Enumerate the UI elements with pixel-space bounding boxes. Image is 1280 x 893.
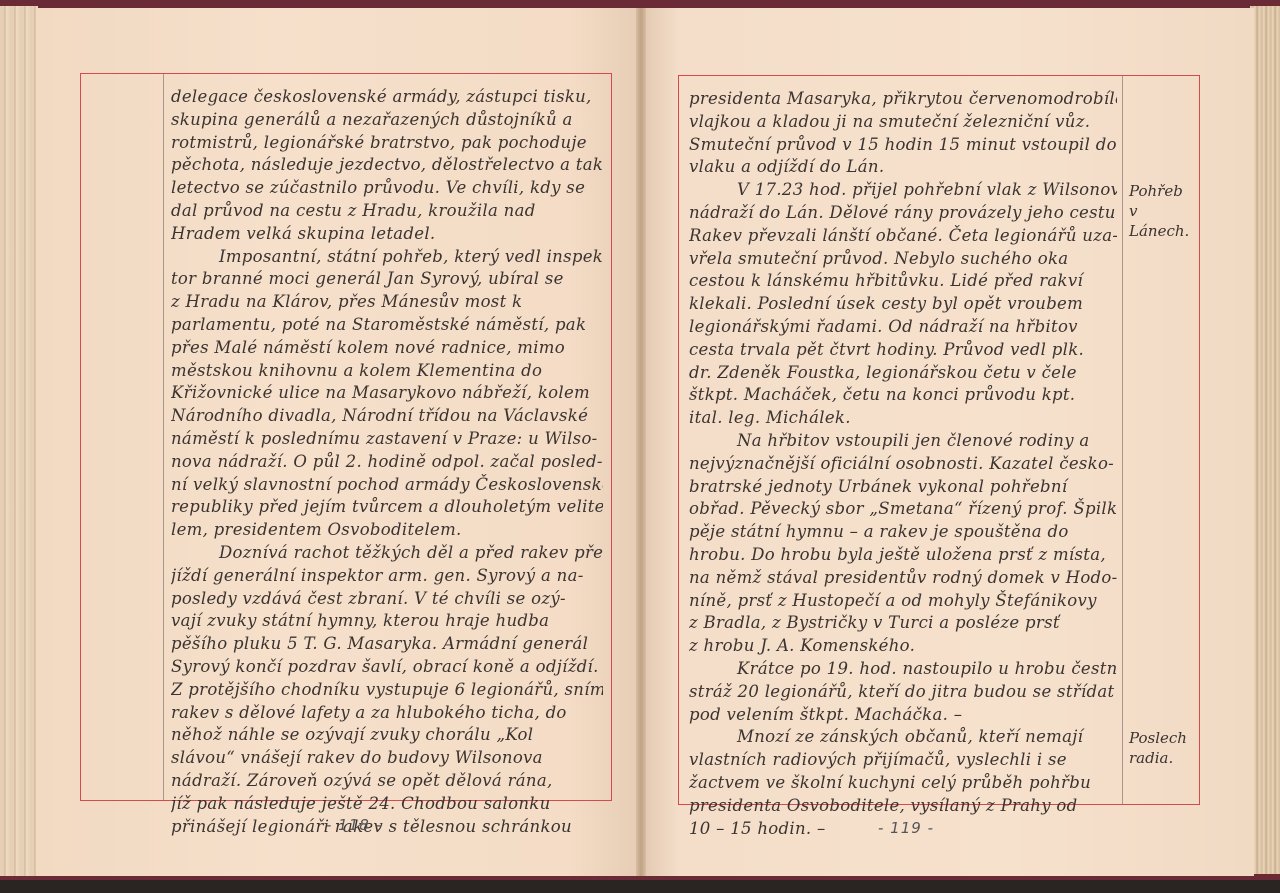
handwritten-line: Doznívá rachot těžkých děl a před rakev … bbox=[171, 542, 603, 565]
handwritten-line: pěšího pluku 5 T. G. Masaryka. Armádní g… bbox=[171, 633, 603, 656]
handwritten-line: Křižovnické ulice na Masarykovo nábřeží,… bbox=[171, 382, 603, 405]
page-stack-left-edge bbox=[0, 6, 38, 876]
handwritten-line: slávou“ vnášejí rakev do budovy Wilsonov… bbox=[171, 747, 603, 770]
margin-note-line: Poslech bbox=[1129, 728, 1199, 748]
handwritten-line: Z protějšího chodníku vystupuje 6 legion… bbox=[171, 679, 603, 702]
handwritten-line: cestou k lánskému hřbitůvku. Lidé před r… bbox=[689, 270, 1117, 293]
handwritten-line: Národního divadla, Národní třídou na Vác… bbox=[171, 405, 603, 428]
handwritten-line: něhož náhle se ozývají zvuky chorálu „Ko… bbox=[171, 724, 603, 747]
handwritten-line: bratrské jednoty Urbánek vykonal pohřebn… bbox=[689, 476, 1117, 499]
left-page-text: delegace československé armády, zástupci… bbox=[171, 86, 603, 838]
handwritten-line: Hradem velká skupina letadel. bbox=[171, 223, 603, 246]
handwritten-line: štkpt. Macháček, četu na konci průvodu k… bbox=[689, 384, 1117, 407]
handwritten-line: níně, prsť z Hustopečí a od mohyly Štefá… bbox=[689, 590, 1117, 613]
handwritten-line: stráž 20 legionářů, kteří do jitra budou… bbox=[689, 681, 1117, 704]
handwritten-line: rakev s dělové lafety a za hlubokého tic… bbox=[171, 702, 603, 725]
handwritten-line: vřela smuteční průvod. Nebylo suchého ok… bbox=[689, 248, 1117, 271]
handwritten-line: přes Malé náměstí kolem nové radnice, mi… bbox=[171, 337, 603, 360]
handwritten-line: Syrový končí pozdrav šavlí, obrací koně … bbox=[171, 656, 603, 679]
handwritten-line: Krátce po 19. hod. nastoupilo u hrobu če… bbox=[689, 658, 1117, 681]
left-page: delegace československé armády, zástupci… bbox=[36, 8, 642, 876]
page-number-118: - 118 - bbox=[326, 816, 382, 834]
handwritten-line: Na hřbitov vstoupili jen členové rodiny … bbox=[689, 430, 1117, 453]
handwritten-line: vlajkou a kladou ji na smuteční železnič… bbox=[689, 111, 1117, 134]
margin-note-line: v Lánech. bbox=[1129, 201, 1199, 241]
handwritten-line: z Hradu na Klárov, přes Mánesův most k bbox=[171, 291, 603, 314]
handwritten-line: nádraží do Lán. Dělové rány provázely je… bbox=[689, 202, 1117, 225]
right-margin-rule bbox=[1122, 76, 1123, 804]
handwritten-line: pod velením štkpt. Macháčka. – bbox=[689, 704, 1117, 727]
margin-note-line: radia. bbox=[1129, 748, 1199, 768]
handwritten-line: na němž stával presidentův rodný domek v… bbox=[689, 567, 1117, 590]
handwritten-line: pěje státní hymnu – a rakev je spouštěna… bbox=[689, 521, 1117, 544]
left-margin-rule bbox=[163, 74, 164, 800]
handwritten-line: ital. leg. Michálek. bbox=[689, 407, 1117, 430]
handwritten-line: nádraží. Zároveň ozývá se opět dělová rá… bbox=[171, 770, 603, 793]
handwritten-line: Rakev převzali lánští občané. Četa legio… bbox=[689, 225, 1117, 248]
handwritten-line: presidenta Osvoboditele, vysílaný z Prah… bbox=[689, 795, 1117, 818]
handwritten-line: klekali. Poslední úsek cesty byl opět vr… bbox=[689, 293, 1117, 316]
right-page: presidenta Masaryka, přikrytou červenomo… bbox=[642, 8, 1254, 876]
handwritten-line: dal průvod na cestu z Hradu, kroužila na… bbox=[171, 200, 603, 223]
handwritten-line: vlastních radiových přijímačů, vyslechli… bbox=[689, 749, 1117, 772]
book-gutter bbox=[636, 8, 646, 876]
handwritten-line: skupina generálů a nezařazených důstojní… bbox=[171, 109, 603, 132]
margin-note-burial-in-lany: Pohřeb v Lánech. bbox=[1129, 181, 1199, 241]
handwritten-line: ní velký slavnostní pochod armády Českos… bbox=[171, 474, 603, 497]
handwritten-line: tor branné moci generál Jan Syrový, ubír… bbox=[171, 268, 603, 291]
handwritten-line: přinášejí legionáři rakev s tělesnou sch… bbox=[171, 816, 603, 839]
handwritten-line: nejvýznačnější oficiální osobnosti. Kaza… bbox=[689, 453, 1117, 476]
handwritten-line: posledy vzdává čest zbraní. V té chvíli … bbox=[171, 588, 603, 611]
handwritten-line: hrobu. Do hrobu byla ještě uložena prsť … bbox=[689, 544, 1117, 567]
handwritten-line: z Bradla, z Bystričky v Turci a posléze … bbox=[689, 612, 1117, 635]
handwritten-line: cesta trvala pět čtvrt hodiny. Průvod ve… bbox=[689, 339, 1117, 362]
handwritten-line: z hrobu J. A. Komenského. bbox=[689, 635, 1117, 658]
handwritten-line: presidenta Masaryka, přikrytou červenomo… bbox=[689, 88, 1117, 111]
handwritten-line: lem, presidentem Osvoboditelem. bbox=[171, 519, 603, 542]
handwritten-line: obřad. Pěvecký sbor „Smetana“ řízený pro… bbox=[689, 498, 1117, 521]
left-page-red-frame: delegace československé armády, zástupci… bbox=[80, 73, 612, 801]
margin-note-radio-listening: Poslech radia. bbox=[1129, 728, 1199, 768]
handwritten-line: rotmistrů, legionářské bratrstvo, pak po… bbox=[171, 132, 603, 155]
handwritten-line: republiky před jejím tvůrcem a dlouholet… bbox=[171, 496, 603, 519]
handwritten-line: letectvo se zúčastnilo průvodu. Ve chvíl… bbox=[171, 177, 603, 200]
handwritten-line: vlaku a odjíždí do Lán. bbox=[689, 156, 1117, 179]
handwritten-line: legionářskými řadami. Od nádraží na hřbi… bbox=[689, 316, 1117, 339]
handwritten-line: městskou knihovnu a kolem Klementina do bbox=[171, 360, 603, 383]
handwritten-line: V 17.23 hod. přijel pohřební vlak z Wils… bbox=[689, 179, 1117, 202]
handwritten-line: Imposantní, státní pohřeb, který vedl in… bbox=[171, 246, 603, 269]
handwritten-line: žactvem ve školní kuchyni celý průběh po… bbox=[689, 772, 1117, 795]
margin-note-line: Pohřeb bbox=[1129, 181, 1199, 201]
handwritten-line: náměstí k poslednímu zastavení v Praze: … bbox=[171, 428, 603, 451]
handwritten-line: Smuteční průvod v 15 hodin 15 minut vsto… bbox=[689, 134, 1117, 157]
handwritten-line: Mnozí ze zánských občanů, kteří nemají bbox=[689, 726, 1117, 749]
handwritten-line: jíž pak následuje ještě 24. Chodbou salo… bbox=[171, 793, 603, 816]
page-stack-right-edge bbox=[1250, 6, 1280, 874]
handwritten-line: pěchota, následuje jezdectvo, dělostřele… bbox=[171, 154, 603, 177]
right-page-red-frame: presidenta Masaryka, přikrytou červenomo… bbox=[678, 75, 1200, 805]
right-page-text: presidenta Masaryka, přikrytou červenomo… bbox=[689, 88, 1117, 840]
handwritten-line: vají zvuky státní hymny, kterou hraje hu… bbox=[171, 610, 603, 633]
handwritten-line: dr. Zdeněk Foustka, legionářskou četu v … bbox=[689, 362, 1117, 385]
page-number-119: - 119 - bbox=[878, 819, 934, 837]
handwritten-line: jíždí generální inspektor arm. gen. Syro… bbox=[171, 565, 603, 588]
handwritten-line: parlamentu, poté na Staroměstské náměstí… bbox=[171, 314, 603, 337]
handwritten-line: delegace československé armády, zástupci… bbox=[171, 86, 603, 109]
handwritten-line: nova nádraží. O půl 2. hodině odpol. zač… bbox=[171, 451, 603, 474]
